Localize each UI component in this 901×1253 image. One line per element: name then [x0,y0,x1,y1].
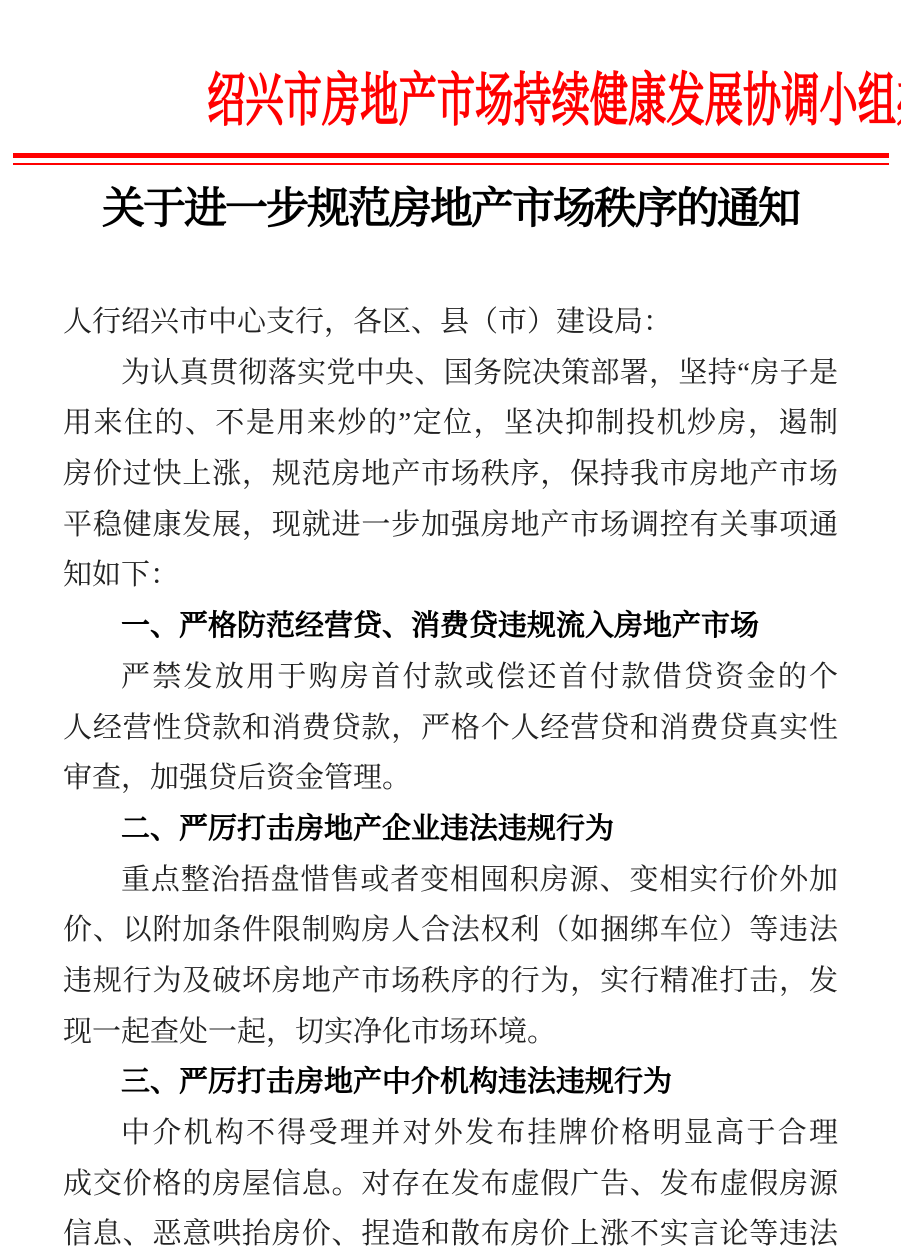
text-line: 知如下： [63,550,838,601]
document-page: 绍兴市房地产市场持续健康发展协调小组办公室 关于进一步规范房地产市场秩序的通知 … [0,0,901,1253]
text-line: 现一起查处一起，切实净化市场环境。 [63,1007,838,1058]
text-line: 用来住的、不是用来炒的”定位，坚决抑制投机炒房，遏制 [63,398,838,449]
text-line: 人经营性贷款和消费贷款，严格个人经营贷和消费贷真实性 [63,703,838,754]
document-title: 关于进一步规范房地产市场秩序的通知 [0,184,901,236]
text-line: 价、以附加条件限制购房人合法权利（如捆绑车位）等违法 [63,905,838,956]
red-separator-thin [13,163,889,165]
letterhead-org-name: 绍兴市房地产市场持续健康发展协调小组办公室 [207,68,901,134]
section-heading: 一、严格防范经营贷、消费贷违规流入房地产市场 [63,601,838,652]
text-line: 严禁发放用于购房首付款或偿还首付款借贷资金的个 [63,652,838,703]
text-line: 信息、恶意哄抬房价、捏造和散布房价上涨不实言论等违法 [63,1209,838,1253]
text-line: 审查，加强贷后资金管理。 [63,753,838,804]
text-line: 违规行为及破坏房地产市场秩序的行为，实行精准打击，发 [63,956,838,1007]
section-heading: 三、严厉打击房地产中介机构违法违规行为 [63,1057,838,1108]
text-line: 房价过快上涨，规范房地产市场秩序，保持我市房地产市场 [63,449,838,500]
document-body: 人行绍兴市中心支行，各区、县（市）建设局：为认真贯彻落实党中央、国务院决策部署，… [63,297,838,1253]
letterhead: 绍兴市房地产市场持续健康发展协调小组办公室 [0,68,901,134]
text-line: 重点整治捂盘惜售或者变相囤积房源、变相实行价外加 [63,855,838,906]
red-separator-thick [13,153,889,158]
text-line: 平稳健康发展，现就进一步加强房地产市场调控有关事项通 [63,500,838,551]
text-line: 成交价格的房屋信息。对存在发布虚假广告、发布虚假房源 [63,1159,838,1210]
text-line: 人行绍兴市中心支行，各区、县（市）建设局： [63,297,838,348]
section-heading: 二、严厉打击房地产企业违法违规行为 [63,804,838,855]
text-line: 为认真贯彻落实党中央、国务院决策部署，坚持“房子是 [63,348,838,399]
text-line: 中介机构不得受理并对外发布挂牌价格明显高于合理 [63,1108,838,1159]
